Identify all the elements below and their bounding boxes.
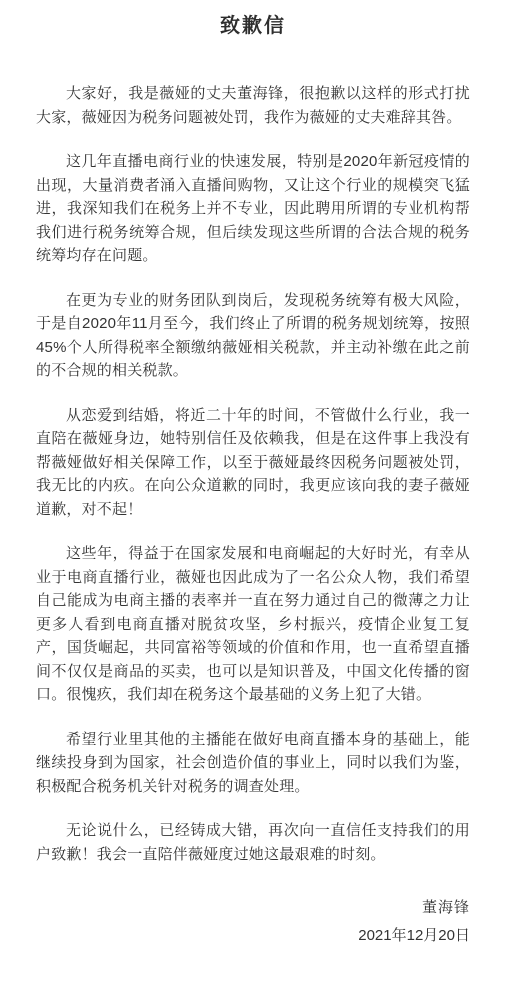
letter-paragraph-2: 这几年直播电商行业的快速发展，特别是2020年新冠疫情的出现，大量消费者涌入直播…	[36, 150, 470, 268]
letter-paragraph-4: 从恋爱到结婚，将近二十年的时间，不管做什么行业，我一直陪在薇娅身边，她特别信任及…	[36, 404, 470, 522]
letter-title: 致歉信	[36, 12, 470, 40]
letter-body: 大家好，我是薇娅的丈夫董海锋，很抱歉以这样的形式打扰大家，薇娅因为税务问题被处罚…	[36, 82, 470, 866]
signature-name: 董海锋	[36, 896, 470, 920]
letter-paragraph-7: 无论说什么，已经铸成大错，再次向一直信任支持我们的用户致歉！我会一直陪伴薇娅度过…	[36, 819, 470, 866]
letter-paragraph-5: 这些年，得益于在国家发展和电商崛起的大好时光，有幸从业于电商直播行业，薇娅也因此…	[36, 542, 470, 707]
letter-paragraph-3: 在更为专业的财务团队到岗后，发现税务统筹有极大风险，于是自2020年11月至今，…	[36, 289, 470, 383]
apology-letter-page: 致歉信 大家好，我是薇娅的丈夫董海锋，很抱歉以这样的形式打扰大家，薇娅因为税务问…	[0, 0, 506, 1000]
signature-date: 2021年12月20日	[36, 924, 470, 948]
letter-paragraph-6: 希望行业里其他的主播能在做好电商直播本身的基础上，能继续投身到为国家，社会创造价…	[36, 728, 470, 799]
signature-block: 董海锋 2021年12月20日	[36, 896, 470, 948]
letter-paragraph-1: 大家好，我是薇娅的丈夫董海锋，很抱歉以这样的形式打扰大家，薇娅因为税务问题被处罚…	[36, 82, 470, 129]
